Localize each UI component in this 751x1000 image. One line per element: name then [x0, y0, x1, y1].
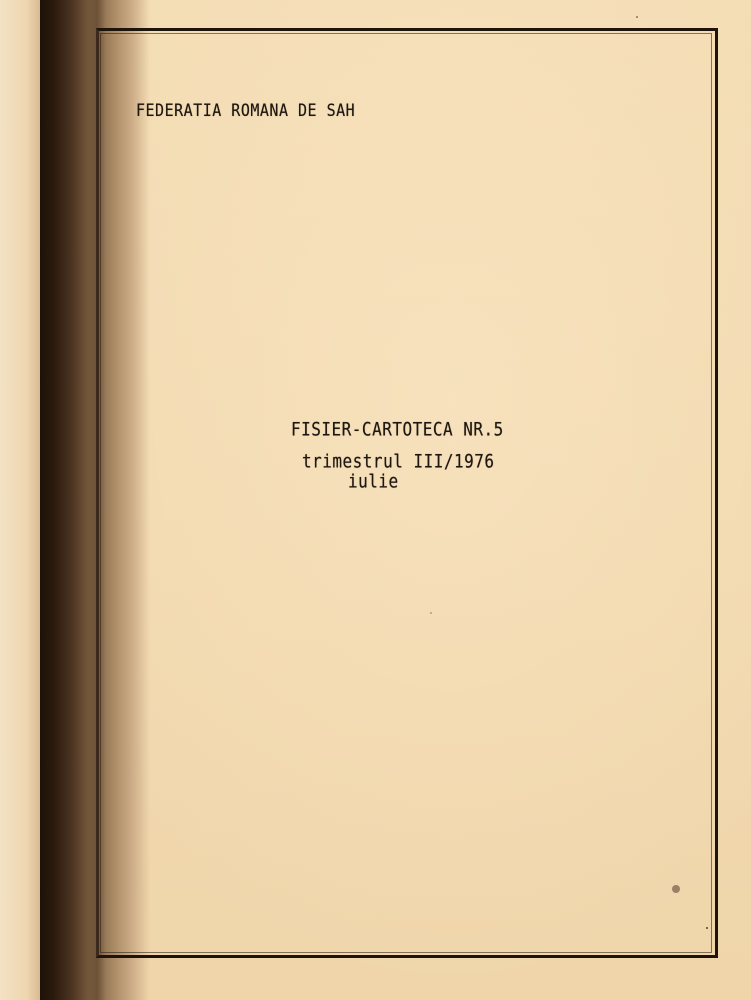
- document-title: FISIER-CARTOTECA NR.5: [291, 418, 504, 440]
- page-border-inner: [100, 33, 712, 953]
- document-period: trimestrul III/1976: [302, 450, 495, 472]
- paper-stain: [672, 885, 680, 893]
- document-month: iulie: [348, 470, 399, 492]
- paper-speck: [706, 927, 708, 929]
- facing-page-edge: [0, 0, 44, 1000]
- paper-speck: [430, 612, 432, 614]
- organization-name: FEDERATIA ROMANA DE SAH: [136, 100, 355, 121]
- paper-speck: [636, 16, 638, 18]
